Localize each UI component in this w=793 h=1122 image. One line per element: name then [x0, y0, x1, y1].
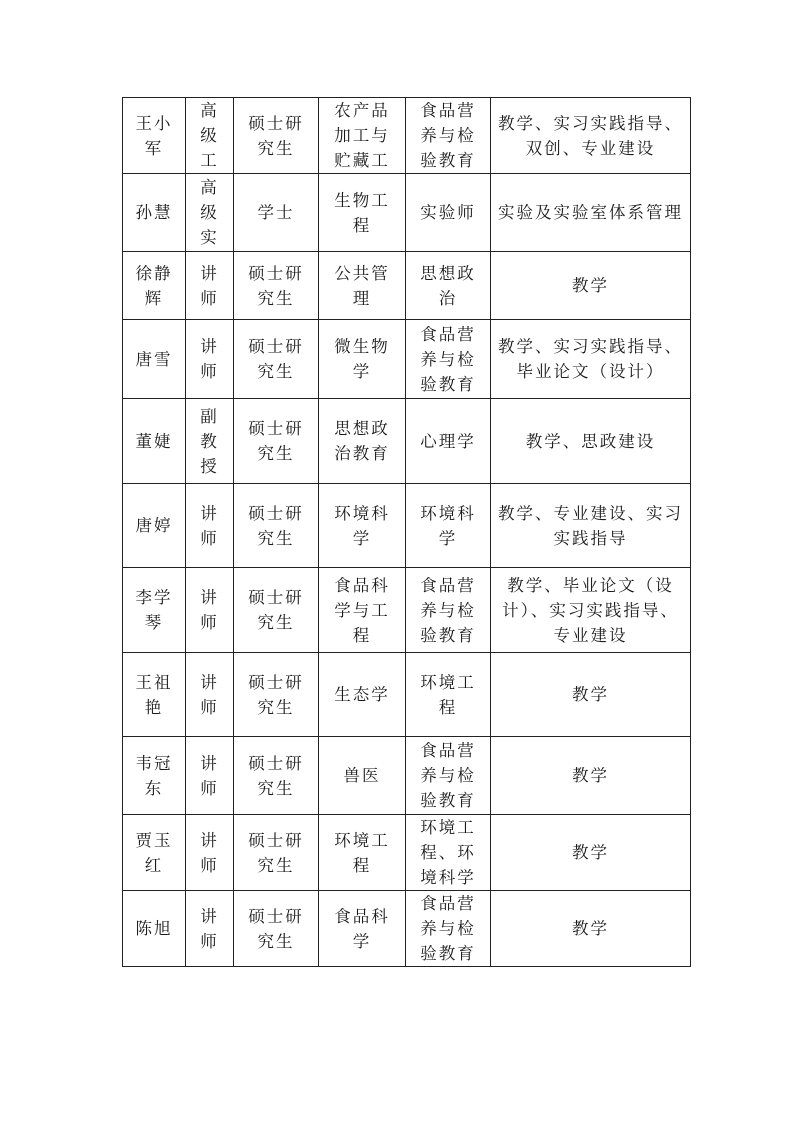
staff-teaching-field-cell: 食品营养与检验教育: [406, 891, 491, 967]
staff-teaching-field-cell: 环境工程: [406, 653, 491, 737]
staff-duty-cell-text: 教学、毕业论文（设计）、实习实践指导、专业建设: [496, 573, 686, 648]
staff-major-cell-text: 兽医: [327, 763, 397, 788]
staff-duty-cell: 教学: [491, 737, 691, 815]
staff-duty-cell-text: 教学、思政建设: [496, 429, 686, 454]
staff-title-cell-text: 讲师: [200, 501, 220, 551]
staff-duty-cell-text: 教学: [496, 840, 686, 865]
staff-duty-cell-text: 教学、实习实践指导、双创、专业建设: [496, 111, 686, 161]
document-page: 王小军高级工硕士研究生农产品加工与贮藏工食品营养与检验教育教学、实习实践指导、双…: [0, 0, 793, 1122]
staff-title-cell: 讲师: [186, 252, 234, 320]
staff-major-cell-text: 公共管理: [327, 261, 397, 311]
staff-major-cell: 食品科学: [319, 891, 406, 967]
staff-teaching-field-cell-text: 思想政治: [413, 261, 483, 311]
staff-name-cell: 唐婷: [123, 484, 186, 568]
staff-name-cell: 贾玉红: [123, 815, 186, 891]
staff-teaching-field-cell-text: 食品营养与检验教育: [413, 738, 483, 813]
staff-major-cell-text: 生态学: [327, 682, 397, 707]
staff-name-cell: 徐静辉: [123, 252, 186, 320]
staff-duty-cell: 教学: [491, 653, 691, 737]
staff-teaching-field-cell: 食品营养与检验教育: [406, 320, 491, 399]
staff-major-cell-text: 环境科学: [327, 501, 397, 551]
staff-degree-cell: 硕士研究生: [234, 252, 319, 320]
staff-major-cell-text: 思想政治教育: [327, 416, 397, 466]
staff-title-cell: 讲师: [186, 815, 234, 891]
staff-degree-cell-text: 硕士研究生: [241, 670, 311, 720]
staff-title-cell: 讲师: [186, 320, 234, 399]
staff-duty-cell-text: 教学: [496, 916, 686, 941]
staff-teaching-field-cell-text: 食品营养与检验教育: [413, 573, 483, 648]
staff-title-cell-text: 讲师: [200, 751, 220, 801]
staff-degree-cell: 硕士研究生: [234, 891, 319, 967]
staff-teaching-field-cell: 食品营养与检验教育: [406, 737, 491, 815]
staff-title-cell-text: 讲师: [200, 904, 220, 954]
staff-degree-cell: 硕士研究生: [234, 484, 319, 568]
staff-name-cell-text: 李学琴: [134, 585, 174, 635]
staff-name-cell-text: 王祖艳: [134, 670, 174, 720]
staff-name-cell: 陈旭: [123, 891, 186, 967]
staff-name-cell: 王祖艳: [123, 653, 186, 737]
staff-duty-cell: 教学、实习实践指导、毕业论文（设计）: [491, 320, 691, 399]
staff-major-cell-text: 农产品加工与贮藏工: [327, 98, 397, 173]
staff-name-cell-text: 唐雪: [134, 347, 174, 372]
staff-name-cell: 李学琴: [123, 568, 186, 653]
staff-major-cell: 环境工程: [319, 815, 406, 891]
table-row: 唐婷讲师硕士研究生环境科学环境科学教学、专业建设、实习实践指导: [123, 484, 691, 568]
staff-duty-cell: 教学: [491, 252, 691, 320]
staff-name-cell-text: 孙慧: [134, 200, 174, 225]
staff-teaching-field-cell-text: 心理学: [413, 429, 483, 454]
table-row: 孙慧高级实学士生物工程实验师实验及实验室体系管理: [123, 174, 691, 252]
staff-degree-cell-text: 硕士研究生: [241, 261, 311, 311]
table-row: 王祖艳讲师硕士研究生生态学环境工程教学: [123, 653, 691, 737]
staff-teaching-field-cell: 食品营养与检验教育: [406, 568, 491, 653]
staff-title-cell-text: 讲师: [200, 670, 220, 720]
staff-title-cell-text: 讲师: [200, 334, 220, 384]
staff-major-cell: 生物工程: [319, 174, 406, 252]
staff-degree-cell-text: 硕士研究生: [241, 501, 311, 551]
staff-major-cell: 食品科学与工程: [319, 568, 406, 653]
staff-degree-cell-text: 硕士研究生: [241, 828, 311, 878]
staff-duty-cell: 教学、实习实践指导、双创、专业建设: [491, 98, 691, 174]
staff-name-cell: 韦冠东: [123, 737, 186, 815]
staff-degree-cell: 硕士研究生: [234, 737, 319, 815]
staff-duty-cell-text: 教学: [496, 273, 686, 298]
staff-name-cell-text: 徐静辉: [134, 261, 174, 311]
staff-teaching-field-cell-text: 食品营养与检验教育: [413, 322, 483, 397]
staff-name-cell-text: 王小军: [134, 111, 174, 161]
staff-degree-cell: 学士: [234, 174, 319, 252]
staff-duty-cell-text: 教学: [496, 682, 686, 707]
staff-teaching-field-cell: 实验师: [406, 174, 491, 252]
staff-name-cell-text: 唐婷: [134, 513, 174, 538]
staff-major-cell-text: 生物工程: [327, 188, 397, 238]
staff-title-cell-text: 副教授: [200, 404, 220, 479]
staff-major-cell-text: 微生物学: [327, 334, 397, 384]
staff-major-cell: 生态学: [319, 653, 406, 737]
staff-title-cell: 讲师: [186, 737, 234, 815]
staff-degree-cell-text: 硕士研究生: [241, 904, 311, 954]
staff-degree-cell-text: 硕士研究生: [241, 334, 311, 384]
staff-duty-cell-text: 实验及实验室体系管理: [496, 200, 686, 225]
staff-degree-cell: 硕士研究生: [234, 98, 319, 174]
staff-name-cell-text: 董婕: [134, 429, 174, 454]
staff-title-cell: 讲师: [186, 484, 234, 568]
staff-duty-cell: 实验及实验室体系管理: [491, 174, 691, 252]
table-row: 徐静辉讲师硕士研究生公共管理思想政治教学: [123, 252, 691, 320]
staff-major-cell-text: 环境工程: [327, 828, 397, 878]
staff-duty-cell-text: 教学、实习实践指导、毕业论文（设计）: [496, 334, 686, 384]
staff-title-cell-text: 高级实: [200, 175, 220, 250]
staff-table-body: 王小军高级工硕士研究生农产品加工与贮藏工食品营养与检验教育教学、实习实践指导、双…: [123, 98, 691, 967]
staff-duty-cell: 教学: [491, 815, 691, 891]
staff-degree-cell: 硕士研究生: [234, 653, 319, 737]
staff-title-cell-text: 讲师: [200, 828, 220, 878]
staff-degree-cell: 硕士研究生: [234, 815, 319, 891]
staff-table: 王小军高级工硕士研究生农产品加工与贮藏工食品营养与检验教育教学、实习实践指导、双…: [122, 97, 691, 967]
staff-teaching-field-cell-text: 食品营养与检验教育: [413, 98, 483, 173]
staff-degree-cell-text: 硕士研究生: [241, 751, 311, 801]
staff-name-cell: 王小军: [123, 98, 186, 174]
staff-title-cell: 高级工: [186, 98, 234, 174]
staff-name-cell: 董婕: [123, 399, 186, 484]
staff-major-cell: 思想政治教育: [319, 399, 406, 484]
table-row: 李学琴讲师硕士研究生食品科学与工程食品营养与检验教育教学、毕业论文（设计）、实习…: [123, 568, 691, 653]
staff-duty-cell: 教学: [491, 891, 691, 967]
staff-degree-cell-text: 学士: [241, 200, 311, 225]
staff-major-cell: 农产品加工与贮藏工: [319, 98, 406, 174]
staff-title-cell: 讲师: [186, 653, 234, 737]
staff-title-cell-text: 讲师: [200, 261, 220, 311]
staff-teaching-field-cell-text: 环境工程: [413, 670, 483, 720]
staff-name-cell-text: 贾玉红: [134, 828, 174, 878]
staff-duty-cell-text: 教学、专业建设、实习实践指导: [496, 501, 686, 551]
staff-degree-cell-text: 硕士研究生: [241, 585, 311, 635]
staff-title-cell-text: 讲师: [200, 585, 220, 635]
staff-duty-cell: 教学、思政建设: [491, 399, 691, 484]
staff-title-cell: 高级实: [186, 174, 234, 252]
staff-major-cell: 微生物学: [319, 320, 406, 399]
staff-degree-cell: 硕士研究生: [234, 568, 319, 653]
staff-duty-cell: 教学、毕业论文（设计）、实习实践指导、专业建设: [491, 568, 691, 653]
staff-major-cell: 环境科学: [319, 484, 406, 568]
staff-title-cell: 副教授: [186, 399, 234, 484]
table-row: 陈旭讲师硕士研究生食品科学食品营养与检验教育教学: [123, 891, 691, 967]
staff-name-cell: 孙慧: [123, 174, 186, 252]
staff-teaching-field-cell: 心理学: [406, 399, 491, 484]
staff-degree-cell: 硕士研究生: [234, 399, 319, 484]
staff-teaching-field-cell-text: 环境科学: [413, 501, 483, 551]
staff-name-cell-text: 韦冠东: [134, 751, 174, 801]
staff-duty-cell-text: 教学: [496, 763, 686, 788]
table-row: 王小军高级工硕士研究生农产品加工与贮藏工食品营养与检验教育教学、实习实践指导、双…: [123, 98, 691, 174]
staff-major-cell-text: 食品科学与工程: [327, 573, 397, 648]
staff-degree-cell-text: 硕士研究生: [241, 111, 311, 161]
staff-name-cell-text: 陈旭: [134, 916, 174, 941]
staff-teaching-field-cell: 环境工程、环境科学: [406, 815, 491, 891]
staff-name-cell: 唐雪: [123, 320, 186, 399]
staff-title-cell: 讲师: [186, 891, 234, 967]
staff-teaching-field-cell: 环境科学: [406, 484, 491, 568]
staff-teaching-field-cell-text: 环境工程、环境科学: [413, 815, 483, 890]
staff-teaching-field-cell-text: 实验师: [413, 200, 483, 225]
staff-major-cell: 兽医: [319, 737, 406, 815]
staff-teaching-field-cell: 思想政治: [406, 252, 491, 320]
staff-major-cell: 公共管理: [319, 252, 406, 320]
table-row: 唐雪讲师硕士研究生微生物学食品营养与检验教育教学、实习实践指导、毕业论文（设计）: [123, 320, 691, 399]
table-row: 贾玉红讲师硕士研究生环境工程环境工程、环境科学教学: [123, 815, 691, 891]
staff-degree-cell-text: 硕士研究生: [241, 416, 311, 466]
table-row: 董婕副教授硕士研究生思想政治教育心理学教学、思政建设: [123, 399, 691, 484]
staff-major-cell-text: 食品科学: [327, 904, 397, 954]
staff-title-cell: 讲师: [186, 568, 234, 653]
staff-duty-cell: 教学、专业建设、实习实践指导: [491, 484, 691, 568]
table-row: 韦冠东讲师硕士研究生兽医食品营养与检验教育教学: [123, 737, 691, 815]
staff-degree-cell: 硕士研究生: [234, 320, 319, 399]
staff-teaching-field-cell: 食品营养与检验教育: [406, 98, 491, 174]
staff-teaching-field-cell-text: 食品营养与检验教育: [413, 891, 483, 966]
staff-title-cell-text: 高级工: [200, 98, 220, 173]
